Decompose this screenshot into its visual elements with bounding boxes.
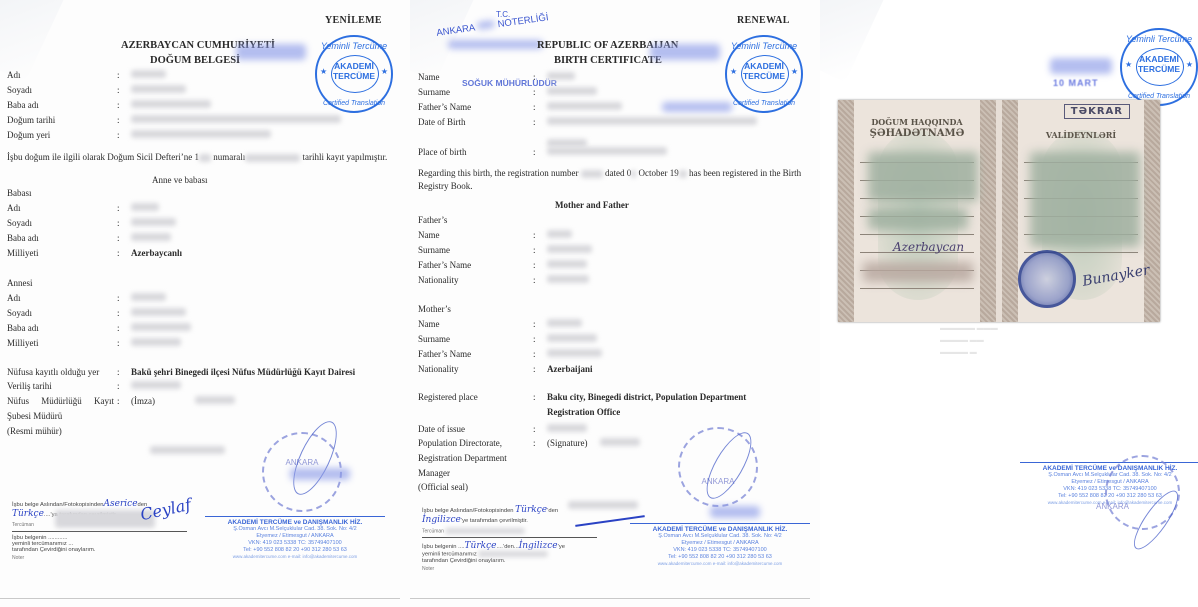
document-title: DOĞUM BELGESİ xyxy=(150,55,240,66)
registration-sentence: Regarding this birth, the registration n… xyxy=(418,167,803,193)
redacted-handwriting xyxy=(863,262,973,282)
certificate-right-page: TƏKRAR VALİDEYNLƏRİ Bunayker xyxy=(1002,100,1160,322)
official-state-seal xyxy=(1018,250,1076,308)
mother-field-surname: Soyadı: xyxy=(7,308,186,318)
page-corner-shadow xyxy=(820,0,887,82)
father-field-name: Name: xyxy=(418,230,572,240)
mother-heading: Mother’s xyxy=(418,304,451,314)
parents-heading: Mother and Father xyxy=(555,200,629,210)
redacted-serial xyxy=(236,44,306,65)
company-stamp: AKADEMİ TERCÜME ve DANIŞMANLIK HİZ. Ş.Os… xyxy=(630,523,810,566)
certificate-heading: VALİDEYNLƏRİ xyxy=(1002,130,1160,140)
father-field-name: Adı: xyxy=(7,203,159,213)
manager-signature: Nüfus Müdürlüğü Kayıt:(İmza) xyxy=(7,396,235,406)
star-icon: ★ xyxy=(320,67,327,76)
page-bottom-edge xyxy=(0,598,400,599)
manager-signature: Population Directorate,:(Signature) xyxy=(418,438,640,448)
field-birth-place: Doğum yeri: xyxy=(7,130,271,140)
star-icon: ★ xyxy=(730,67,737,76)
mother-field-nationality: Nationality:Azerbaijani xyxy=(418,364,593,374)
registration-sentence: İşbu doğum ile ilgili olarak Doğum Sicil… xyxy=(7,151,407,164)
mother-field-father-name: Baba adı: xyxy=(7,323,191,333)
manager-label: Şubesi Müdürü xyxy=(7,411,62,421)
english-translation-page: T.C. ANKARA NOTERLİĞİ SOĞUK MÜHÜRLÜDÜR R… xyxy=(410,0,820,607)
redacted-handwriting xyxy=(1030,152,1140,247)
bleed-through-text: ▬▬▬▬▬ ▬▬▬▬▬▬▬ ▬▬▬▬▬▬ ▬ xyxy=(940,322,998,358)
star-icon: ★ xyxy=(791,67,798,76)
mother-heading: Annesi xyxy=(7,278,33,288)
field-birth-place: Place of birth: xyxy=(418,147,667,157)
mother-field-name: Name: xyxy=(418,319,582,329)
repeat-stamp: TƏKRAR xyxy=(1064,104,1130,119)
certificate-heading: DOĞUM HAQQINDA xyxy=(838,117,996,127)
issue-date: Date of issue: xyxy=(418,424,587,434)
turkish-translation-page: YENİLEME AZERBAYCAN CUMHURİYETİ DOĞUM BE… xyxy=(0,0,410,607)
redacted-handwriting xyxy=(868,152,978,202)
certificate-heading: ŞƏHADƏTNAMƏ xyxy=(838,128,996,139)
renewal-label: RENEWAL xyxy=(737,15,790,26)
redacted-value xyxy=(131,100,211,108)
field-father-name: Baba adı: xyxy=(7,100,241,110)
field-birth-date: Date of Birth: xyxy=(418,117,757,127)
stamp-date: 10 MART xyxy=(1053,78,1099,88)
redacted-value xyxy=(131,70,166,78)
father-heading: Father’s xyxy=(418,215,447,225)
field-surname: Soyadı: xyxy=(7,85,186,95)
issue-date: Veriliş tarihi: xyxy=(7,381,181,391)
redacted-value xyxy=(131,85,186,93)
manager-label: Manager xyxy=(418,468,450,478)
redacted-value xyxy=(131,130,271,138)
star-icon: ★ xyxy=(381,67,388,76)
mother-field-surname: Surname: xyxy=(418,334,597,344)
father-field-nationality: Nationality: xyxy=(418,275,589,285)
mother-field-father-name: Father’s Name: xyxy=(418,349,602,359)
translator-certification-note: İşbu belge Aslından/Fotokopisinden Türkç… xyxy=(422,505,597,572)
redacted-signature-name xyxy=(150,441,225,459)
parents-heading: Anne ve babası xyxy=(152,175,207,185)
father-field-father-name: Baba adı: xyxy=(7,233,171,243)
redacted-notary-name xyxy=(710,505,760,523)
mother-field-nationality: Milliyeti: xyxy=(7,338,181,348)
star-icon: ★ xyxy=(1186,60,1193,69)
star-icon: ★ xyxy=(1125,60,1132,69)
document-title: BIRTH CERTIFICATE xyxy=(554,55,662,66)
mother-field-name: Adı: xyxy=(7,293,166,303)
field-first-name: Adı: xyxy=(7,70,166,80)
redacted-serial xyxy=(650,44,720,65)
registered-place: Registered place:Baku city, Binegedi dis… xyxy=(418,392,746,402)
manager-label: Registration Department xyxy=(418,453,507,463)
field-label: Doğum tarihi xyxy=(7,115,117,125)
registered-place: Nüfusa kayıtlı olduğu yer:Bakü şehri Bin… xyxy=(7,367,355,377)
redacted-value xyxy=(131,115,341,123)
field-name: Name: xyxy=(418,72,575,82)
field-label: Doğum yeri xyxy=(7,130,117,140)
field-surname: Surname: xyxy=(418,87,597,97)
original-certificate-photo: DOĞUM HAQQINDA ŞƏHADƏTNAMƏ Azerbaycan TƏ… xyxy=(838,100,1160,322)
serial-number-stamp xyxy=(1050,58,1112,79)
official-seal-label: (Official seal) xyxy=(418,482,468,492)
father-heading: Babası xyxy=(7,188,32,198)
renewal-label: YENİLEME xyxy=(325,15,382,26)
certified-translation-stamp: Yeminli Tercüme AKADEMİ TERCÜME ★★ Certi… xyxy=(725,35,803,113)
redacted-handwriting xyxy=(868,208,968,230)
certified-translation-stamp: Yeminli Tercüme AKADEMİ TERCÜME ★★ Certi… xyxy=(1120,28,1198,106)
certified-translation-stamp: Yeminli Tercüme AKADEMİ TERCÜME ★★ Certi… xyxy=(315,35,393,113)
redacted-notary-name xyxy=(290,467,350,485)
certificate-left-page: DOĞUM HAQQINDA ŞƏHADƏTNAMƏ Azerbaycan xyxy=(838,100,996,322)
father-field-surname: Soyadı: xyxy=(7,218,176,228)
field-label: Baba adı xyxy=(7,100,117,110)
company-stamp: AKADEMİ TERCÜME ve DANIŞMANLIK HİZ. Ş.Os… xyxy=(205,516,385,559)
father-field-nationality: Milliyeti:Azerbaycanlı xyxy=(7,248,182,258)
official-seal-label: (Resmi mühür) xyxy=(7,426,62,436)
field-label: Soyadı xyxy=(7,85,117,95)
field-birth-date: Doğum tarihi: xyxy=(7,115,341,125)
field-label: Adı xyxy=(7,70,117,80)
father-field-father-name: Father’s Name: xyxy=(418,260,587,270)
father-field-surname: Surname: xyxy=(418,245,592,255)
registered-place-line2: Registration Office xyxy=(547,407,620,417)
page-bottom-edge xyxy=(410,598,810,599)
field-father-name: Father’s Name: xyxy=(418,102,732,112)
